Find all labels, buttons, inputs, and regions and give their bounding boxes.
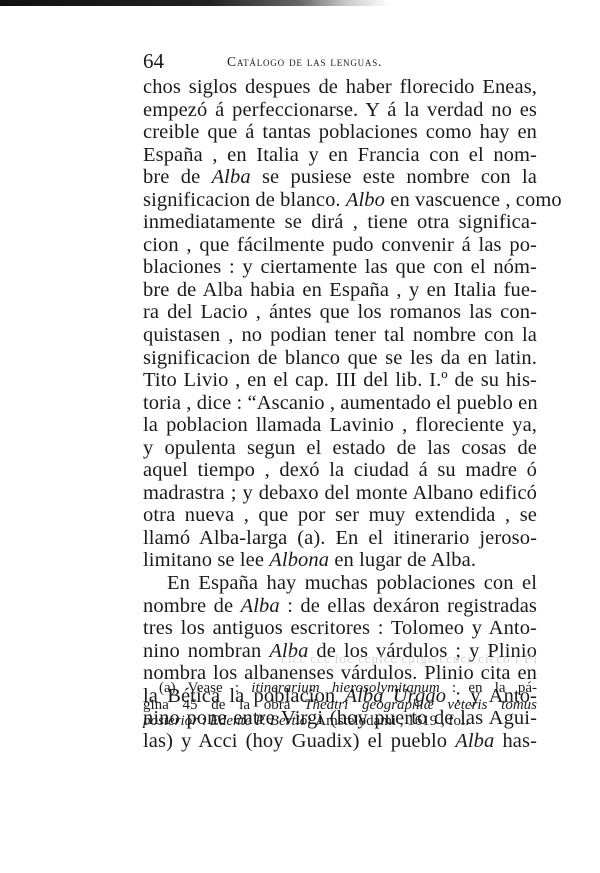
text-run: inmediatamente se dirá , tiene otra sign… — [143, 211, 537, 233]
text-run: Tito Livio , en el cap. III del lib. I.º… — [143, 369, 537, 391]
text-run: bre de — [143, 166, 212, 188]
text-run: y opulenta segun el estado de las cosas … — [143, 437, 537, 459]
body-line: quistasen , no podian tener tal nombre c… — [143, 324, 537, 347]
body-line: llamó Alba-larga (a). En el itinerario j… — [143, 527, 537, 550]
text-run: (a) Vease : — [159, 680, 251, 696]
body-text: chos siglos despues de haber florecido E… — [143, 76, 537, 752]
italic-text: Albo — [346, 189, 385, 211]
text-run: : en la pá- — [440, 680, 537, 696]
text-run: chos siglos despues de haber florecido E… — [143, 76, 537, 98]
body-line: bre de Alba habia en España , y en Itali… — [143, 279, 537, 302]
body-line: empezó á perfeccionarse. Y á la verdad n… — [143, 99, 537, 122]
body-line: y opulenta segun el estado de las cosas … — [143, 437, 537, 460]
body-line: chos siglos despues de haber florecido E… — [143, 76, 537, 99]
body-line: Tito Livio , en el cap. III del lib. I.º… — [143, 369, 537, 392]
body-line: limitano se lee Albona en lugar de Alba. — [143, 549, 537, 572]
footnote-line: posterior : Edente P. Bertio: Amstelodam… — [143, 713, 537, 730]
text-run: quistasen , no podian tener tal nombre c… — [143, 324, 537, 346]
italic-text: posterior — [143, 713, 198, 729]
text-run: gina 45 de la obra — [143, 697, 304, 713]
italic-text: Edente P. Bertio: — [210, 713, 313, 729]
body-line: la poblacion llamada Lavinio , florecien… — [143, 414, 537, 437]
body-line: aquel tiempo , dexó la ciudad á su madre… — [143, 459, 537, 482]
italic-text: Alba — [455, 730, 494, 752]
text-run: significacion de blanco que se les da en… — [143, 347, 537, 369]
text-run: has- — [494, 730, 537, 752]
text-run: bre de Alba habia en España , y en Itali… — [143, 279, 537, 301]
body-line: madrastra ; y debaxo del monte Albano ed… — [143, 482, 537, 505]
text-run: tres los antiguos escritores : Tolomeo y… — [143, 617, 537, 639]
text-run: empezó á perfeccionarse. Y á la verdad n… — [143, 99, 537, 121]
text-run: se pusiese este nombre con la — [251, 166, 537, 188]
text-run: madrastra ; y debaxo del monte Albano ed… — [143, 482, 537, 504]
text-run: limitano se lee — [143, 549, 269, 571]
body-line: las) y Acci (hoy Guadix) el pueblo Alba … — [143, 730, 537, 753]
body-line: significacion de blanco que se les da en… — [143, 347, 537, 370]
footnote: (a) Vease : itinerarium hierosolymitanum… — [143, 680, 537, 730]
body-line: otra nueva , que por ser muy extendida ,… — [143, 504, 537, 527]
italic-text: Theatri geographiæ veteris tomus — [304, 697, 537, 713]
text-run: otra nueva , que por ser muy extendida ,… — [143, 504, 537, 526]
text-run: aquel tiempo , dexó la ciudad á su madre… — [143, 459, 537, 481]
body-line: toria , dice : “Ascanio , aumentado el p… — [143, 392, 537, 415]
body-line: cion , que fácilmente pudo convenir á la… — [143, 234, 537, 257]
body-line: nombre de Alba : de ellas dexáron regist… — [143, 595, 537, 618]
page-number: 64 — [143, 50, 164, 72]
text-run: Amstelodami , 1619 , fol. — [312, 713, 469, 729]
italic-text: itinerarium hierosolymitanum — [251, 680, 439, 696]
running-head-title: CATÁLOGO DE LAS LENGUAS. — [227, 54, 382, 70]
body-line: tres los antiguos escritores : Tolomeo y… — [143, 617, 537, 640]
italic-text: Alba — [241, 595, 280, 617]
text-run: cion , que fácilmente pudo convenir á la… — [143, 234, 537, 256]
text-run: la poblacion llamada Lavinio , florecien… — [143, 414, 537, 436]
text-run: llamó Alba-larga (a). En el itinerario j… — [143, 527, 537, 549]
text-run: en vascuence , como — [385, 189, 562, 211]
italic-text: Alba — [212, 166, 251, 188]
body-line: significacion de blanco. Albo en vascuen… — [143, 189, 537, 212]
italic-text: Albona — [269, 549, 329, 571]
text-run: nombre de — [143, 595, 241, 617]
bleed-through-text: iꟼ i oɔɔiɔ ɔɔuɔɔʇɔgiɥɔ ɔɔiɥɔɔ ɔol ɔɔɔ ɔɔ… — [143, 652, 537, 666]
body-line: España , en Italia y en Francia con el n… — [143, 144, 537, 167]
body-line: creible que á tantas poblaciones como ha… — [143, 121, 537, 144]
footnote-line: gina 45 de la obra Theatri geographiæ ve… — [143, 697, 537, 714]
body-line: ra del Lacio , ántes que los romanos las… — [143, 301, 537, 324]
running-head: 64 CATÁLOGO DE LAS LENGUAS. — [143, 50, 537, 72]
text-run: : de ellas dexáron registradas — [280, 595, 537, 617]
text-run: ra del Lacio , ántes que los romanos las… — [143, 301, 537, 323]
text-run: En España hay muchas poblaciones con el — [167, 572, 537, 594]
body-line: En España hay muchas poblaciones con el — [143, 572, 537, 595]
body-line: blaciones : y ciertamente las que con el… — [143, 256, 537, 279]
text-run: : — [198, 713, 210, 729]
text-run: significacion de blanco. — [143, 189, 346, 211]
body-line: inmediatamente se dirá , tiene otra sign… — [143, 211, 537, 234]
text-run: las) y Acci (hoy Guadix) el pueblo — [143, 730, 455, 752]
text-run: blaciones : y ciertamente las que con el… — [143, 256, 537, 278]
body-line: bre de Alba se pusiese este nombre con l… — [143, 166, 537, 189]
book-page: 64 CATÁLOGO DE LAS LENGUAS. chos siglos … — [0, 0, 600, 873]
text-run: en lugar de Alba. — [329, 549, 476, 571]
footnote-line: (a) Vease : itinerarium hierosolymitanum… — [143, 680, 537, 697]
text-run: toria , dice : “Ascanio , aumentado el p… — [143, 392, 538, 414]
text-run: España , en Italia y en Francia con el n… — [143, 144, 537, 166]
text-run: creible que á tantas poblaciones como ha… — [143, 121, 537, 143]
